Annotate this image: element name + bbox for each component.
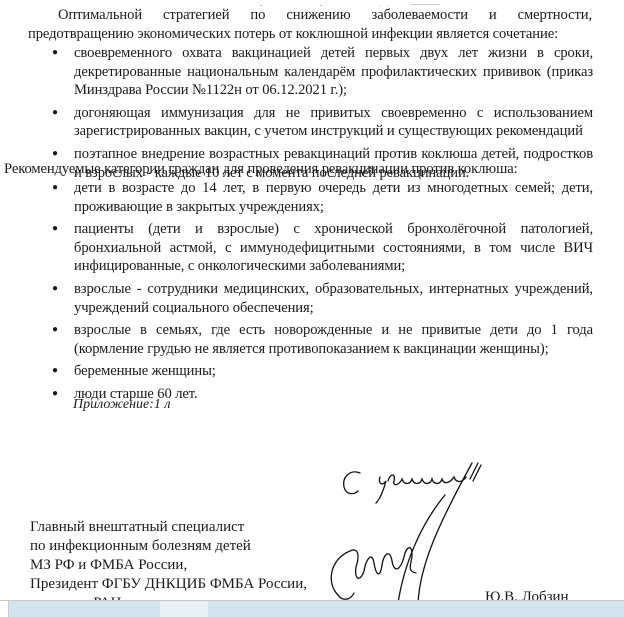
signatory-block: Главный внештатный специалист по инфекци… [30,518,307,613]
list-item-text: дети в возрасте до 14 лет, в первую очер… [74,180,593,215]
categories-heading: Рекомендуемые категории граждан для пров… [4,160,604,179]
list-item-text: взрослые - сотрудники медицинских, образ… [74,281,593,316]
list-item-text: своевременного охвата вакцинацией детей … [74,45,593,98]
signatory-line: Главный внештатный специалист [30,518,307,537]
signatory-line: МЗ РФ и ФМБА России, [30,556,307,575]
list-item: ● пациенты (дети и взрослые) с хроническ… [58,220,593,276]
list-item: ● дети в возрасте до 14 лет, в первую оч… [58,179,593,216]
signatory-line: Президент ФГБУ ДНКЦИБ ФМБА России, [30,575,307,594]
list-item: ● взрослые - сотрудники медицинских, обр… [58,280,593,317]
list-item-text: догоняющая иммунизация для не привитых с… [74,105,593,140]
bullet-icon: ● [52,385,58,404]
list-item-text: беременные женщины; [74,363,216,379]
signatory-line: по инфекционным болезням детей [30,537,307,556]
bullet-icon: ● [52,104,58,123]
viewer-bottom-bar [0,600,624,617]
bullet-icon: ● [52,362,58,381]
bullet-icon: ● [52,220,58,239]
list-item-text: пациенты (дети и взрослые) с хронической… [74,221,593,274]
list-item: ● взрослые в семьях, где есть новорожден… [58,321,593,358]
bullet-icon: ● [52,321,58,340]
bullet-icon: ● [52,280,58,299]
scanned-letter-page: Оптимальной стратегией по снижению забол… [0,0,624,600]
list-item-text: взрослые в семьях, где есть новорожденны… [74,322,593,357]
list-item: ● своевременного охвата вакцинацией дете… [58,44,593,100]
bullet-icon: ● [52,44,58,63]
intro-paragraph: Оптимальной стратегией по снижению забол… [28,6,592,43]
handwritten-signature-icon [320,455,590,605]
list-item: ● беременные женщины; [58,362,593,381]
appendix-note: Приложение:1 л [73,397,171,413]
bullet-icon: ● [52,179,58,198]
bottom-bar-segment [160,601,208,617]
categories-list: ● дети в возрасте до 14 лет, в первую оч… [58,179,593,408]
bottom-bar-segment [0,601,9,617]
list-item: ● догоняющая иммунизация для не привитых… [58,104,593,141]
